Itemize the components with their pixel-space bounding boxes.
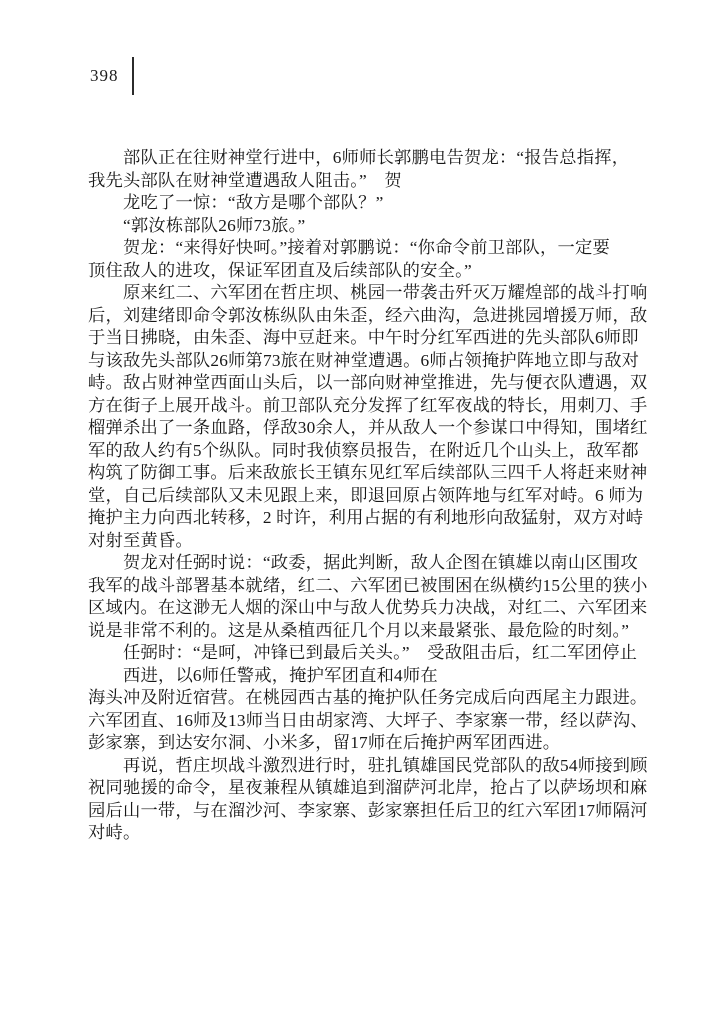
text-line: 堂，自己后续部队又未见跟上来，即退回原占领阵地与红军对峙。6 师为 (88, 485, 633, 508)
text-line: 原来红二、六军团在哲庄坝、桃园一带袭击歼灭万耀煌部的战斗打响 (88, 282, 633, 305)
text-line: 部队正在往财神堂行进中，6师师长郭鹏电告贺龙：“报告总指挥， (88, 147, 633, 170)
text-line: 贺龙：“来得好快呵。”接着对郭鹏说：“你命令前卫部队，一定要 (88, 237, 633, 260)
text-line: 军的敌人约有5个纵队。同时我侦察员报告，在附近几个山头上，敌军都 (88, 440, 633, 463)
book-page: 398 部队正在往财神堂行进中，6师师长郭鹏电告贺龙：“报告总指挥，我先头部队在… (0, 0, 715, 1010)
text-line: 我军的战斗部署基本就绪，红二、六军团已被围困在纵横约15公里的狭小 (88, 575, 633, 598)
body-text: 部队正在往财神堂行进中，6师师长郭鹏电告贺龙：“报告总指挥，我先头部队在财神堂遭… (88, 147, 633, 845)
text-line: 对峙。 (88, 822, 633, 845)
text-line: 方在街子上展开战斗。前卫部队充分发挥了红军夜战的特长，用刺刀、手 (88, 395, 633, 418)
page-header: 398 (90, 56, 134, 96)
text-line: 园后山一带，与在溜沙河、李家寨、彭家寨担任后卫的红六军团17师隔河 (88, 800, 633, 823)
text-line: 彭家寨，到达安尔洞、小米多，留17师在后掩护两军团西进。 (88, 732, 633, 755)
text-line: 峙。敌占财神堂西面山头后，以一部向财神堂推进，先与便衣队遭遇，双 (88, 372, 633, 395)
text-line: 任弼时：“是呵，冲锋已到最后关头。” 受敌阻击后，红二军团停止 (88, 642, 633, 665)
text-line: 掩护主力向西北转移，2 时许，利用占据的有利地形向敌猛射，双方对峙 (88, 507, 633, 530)
page-number-divider (132, 57, 134, 95)
text-line: 西进，以6师任警戒，掩护军团直和4师在 (88, 665, 633, 688)
text-line: “郭汝栋部队26师73旅。” (88, 215, 633, 238)
text-line: 后，刘建绪即命令郭汝栋纵队由朱歪，经六曲沟，急进挑园增援万师，敌 (88, 305, 633, 328)
text-line: 对射至黄昏。 (88, 530, 633, 553)
text-line: 说是非常不利的。这是从桑植西征几个月以来最紧张、最危险的时刻。” (88, 620, 633, 643)
text-line: 我先头部队在财神堂遭遇敌人阻击。” 贺 (88, 170, 633, 193)
text-line: 于当日拂晓，由朱歪、海中豆赶来。中午时分红军西进的先头部队6师即 (88, 327, 633, 350)
text-line: 祝同驰援的命令，星夜兼程从镇雄追到溜萨河北岸，抢占了以萨场坝和麻 (88, 777, 633, 800)
page-number: 398 (90, 66, 119, 86)
text-line: 贺龙对任弼时说：“政委，据此判断，敌人企图在镇雄以南山区围攻 (88, 552, 633, 575)
text-line: 顶住敌人的进攻，保证军团直及后续部队的安全。” (88, 260, 633, 283)
text-line: 榴弹杀出了一条血路，俘敌30余人，并从敌人一个参谋口中得知，围堵红 (88, 417, 633, 440)
text-line: 再说，哲庄坝战斗激烈进行时，驻扎镇雄国民党部队的敌54师接到顾 (88, 755, 633, 778)
text-line: 与该敌先头部队26师第73旅在财神堂遭遇。6师占领掩护阵地立即与敌对 (88, 350, 633, 373)
text-line: 构筑了防御工事。后来敌旅长王镇东见红军后续部队三四千人将赶来财神 (88, 462, 633, 485)
text-line: 六军团直、16师及13师当日由胡家湾、大坪子、李家寨一带，经以萨沟、 (88, 710, 633, 733)
text-line: 区域内。在这渺无人烟的深山中与敌人优势兵力决战，对红二、六军团来 (88, 597, 633, 620)
text-line: 海头冲及附近宿营。在桃园西古基的掩护队任务完成后向西尾主力跟进。 (88, 687, 633, 710)
text-line: 龙吃了一惊：“敌方是哪个部队？” (88, 192, 633, 215)
